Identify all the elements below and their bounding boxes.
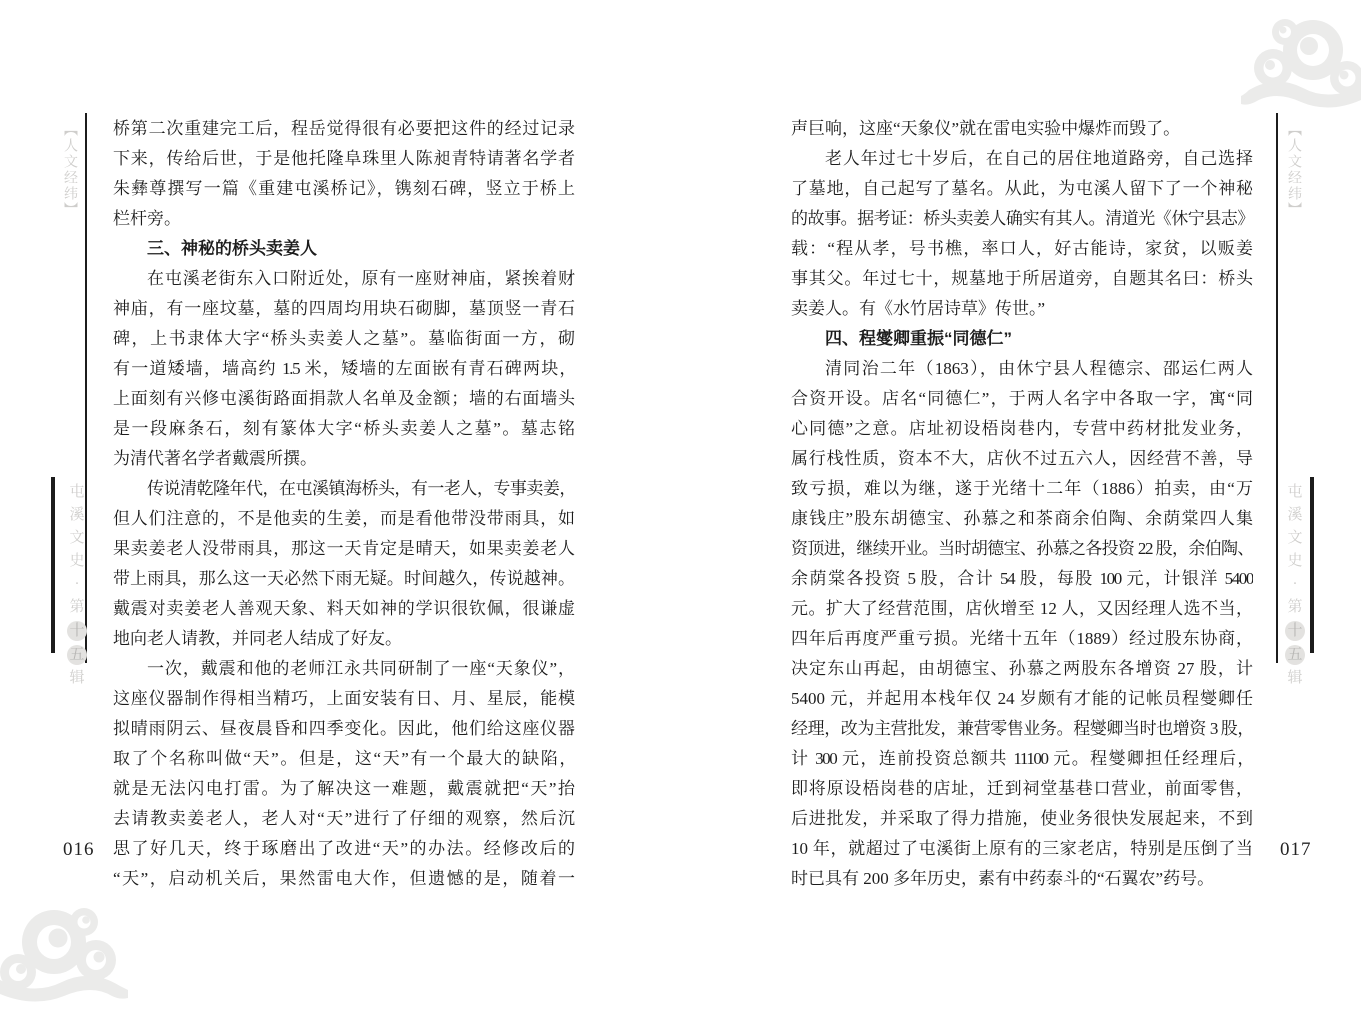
- text-line: 为清代著名学者戴震所撰。: [113, 444, 575, 474]
- text-line: 致亏损，难以为继，遂于光绪十二年（1886）拍卖，由“万: [791, 474, 1253, 504]
- volume-number-char: 五: [1285, 645, 1305, 665]
- section-label-vertical-right: 【人文经纬】: [1283, 122, 1303, 218]
- page-number-right: 017: [1280, 839, 1312, 861]
- auspicious-cloud-ornament-bottom-left: [0, 896, 146, 1016]
- text-line: 但人们注意的，不是他卖的生姜，而是看他带没带雨具，如: [113, 504, 575, 534]
- section-label-vertical-left: 【人文经纬】: [59, 122, 79, 218]
- text-line: 老人年过七十岁后，在自己的居住地道路旁，自己选择: [791, 144, 1253, 174]
- text-line: 后进批发，并采取了得力措施，使业务很快发展起来，不到: [791, 804, 1253, 834]
- text-line: 了墓地，自己起写了墓名。从此，为屯溪人留下了一个神秘: [791, 174, 1253, 204]
- series-title-vertical-right: 屯溪文史·第十五辑: [1284, 483, 1306, 688]
- left-margin-bar: [51, 477, 55, 653]
- series-title-char: 辑: [1285, 669, 1305, 688]
- book-spread: 【人文经纬】 屯溪文史·第十五辑 016 【人文经纬】 屯溪文史·第十五辑 01…: [0, 0, 1361, 1016]
- series-title-char: 溪: [67, 506, 87, 525]
- text-line: 决定东山再起，由胡德宝、孙慕之两股东各增资 27 股，计: [791, 654, 1253, 684]
- text-line: 元。扩大了经营范围，店伙增至 12 人，又因经理人选不当，: [791, 594, 1253, 624]
- text-column-right-page: 声巨响，这座“天象仪”就在雷电实验中爆炸而毁了。老人年过七十岁后，在自己的居住地…: [791, 114, 1253, 894]
- right-margin-rule: [1276, 113, 1278, 663]
- text-line: 四年后再度严重亏损。光绪十五年（1889）经过股东协商，: [791, 624, 1253, 654]
- text-column-left-page: 桥第二次重建完工后，程岳觉得很有必要把这件的经过记录下来，传给后世，于是他托隆阜…: [113, 114, 575, 894]
- text-line: 余荫棠各投资 5 股，合计 54 股，每股 100 元，计银洋 5400: [791, 564, 1253, 594]
- series-title-char: 第: [1285, 598, 1305, 617]
- text-line: 在屯溪老街东入口附近处，原有一座财神庙，紧挨着财: [113, 264, 575, 294]
- text-line: 10 年，就超过了屯溪街上原有的三家老店，特别是压倒了当: [791, 834, 1253, 864]
- text-line: 即将原设梧岗巷的店址，迁到祠堂基巷口营业，前面零售，: [791, 774, 1253, 804]
- series-title-char: 文: [67, 529, 87, 548]
- text-line: 地向老人请教，并同老人结成了好友。: [113, 624, 575, 654]
- section-heading: 四、程燮卿重振“同德仁”: [791, 324, 1253, 354]
- text-line: 合资开设。店名“同德仁”，于两人名字中各取一字，寓“同: [791, 384, 1253, 414]
- auspicious-cloud-ornament-top-right: [1221, 8, 1361, 120]
- text-line: 传说清乾隆年代，在屯溪镇海桥头，有一老人，专事卖姜，: [113, 474, 575, 504]
- text-line: 下来，传给后世，于是他托隆阜珠里人陈昶青特请著名学者: [113, 144, 575, 174]
- text-line: 神庙，有一座坟墓，墓的四周均用块石砌脚，墓顶竖一青石: [113, 294, 575, 324]
- volume-number-char: 十: [1285, 621, 1305, 641]
- series-title-char: 第: [67, 598, 87, 617]
- text-line: 载：“程从孝，号书樵，率口人，好古能诗，家贫，以贩姜: [791, 234, 1253, 264]
- volume-number-char: 五: [67, 645, 87, 665]
- text-line: 康钱庄”股东胡德宝、孙慕之和茶商余伯陶、余荫棠四人集: [791, 504, 1253, 534]
- text-line: 这座仪器制作得相当精巧，上面安装有日、月、星辰，能模: [113, 684, 575, 714]
- series-title-char: 溪: [1285, 506, 1305, 525]
- series-title-char: 史: [67, 552, 87, 571]
- text-line: 属行栈性质，资本不大，店伙不过五六人，因经营不善，导: [791, 444, 1253, 474]
- text-line: 取了个名称叫做“天”。但是，这“天”有一个最大的缺陷，: [113, 744, 575, 774]
- text-line: 时已具有 200 多年历史，素有中药泰斗的“石翼农”药号。: [791, 864, 1253, 894]
- text-line: 就是无法闪电打雷。为了解决这一难题，戴震就把“天”抬: [113, 774, 575, 804]
- text-line: 果卖姜老人没带雨具，那这一天肯定是晴天，如果卖姜老人: [113, 534, 575, 564]
- series-title-char: 辑: [67, 669, 87, 688]
- text-line: 拟晴雨阴云、昼夜晨昏和四季变化。因此，他们给这座仪器: [113, 714, 575, 744]
- text-line: 一次，戴震和他的老师江永共同研制了一座“天象仪”，: [113, 654, 575, 684]
- text-line: 声巨响，这座“天象仪”就在雷电实验中爆炸而毁了。: [791, 114, 1253, 144]
- text-line: 去请教卖姜老人，老人对“天”进行了仔细的观察，然后沉: [113, 804, 575, 834]
- series-title-char: 史: [1285, 552, 1305, 571]
- series-title-char: ·: [67, 575, 87, 594]
- text-line: 心同德”之意。店址初设梧岗巷内，专营中药材批发业务，: [791, 414, 1253, 444]
- text-line: 计 300 元，连前投资总额共 11100 元。程燮卿担任经理后，: [791, 744, 1253, 774]
- series-title-vertical-left: 屯溪文史·第十五辑: [66, 483, 88, 688]
- series-title-char: 屯: [67, 483, 87, 502]
- text-line: 桥第二次重建完工后，程岳觉得很有必要把这件的经过记录: [113, 114, 575, 144]
- right-margin-bar: [1310, 477, 1314, 653]
- text-line: 思了好几天，终于琢磨出了改进“天”的办法。经修改后的: [113, 834, 575, 864]
- text-line: “天”，启动机关后，果然雷电大作，但遗憾的是，随着一: [113, 864, 575, 894]
- text-line: 5400 元，并起用本栈年仅 24 岁颇有才能的记帐员程燮卿任: [791, 684, 1253, 714]
- series-title-char: ·: [1285, 575, 1305, 594]
- text-line: 朱彝尊撰写一篇《重建屯溪桥记》，镌刻石碑，竖立于桥上: [113, 174, 575, 204]
- page-number-left: 016: [63, 839, 95, 861]
- volume-number-char: 十: [67, 621, 87, 641]
- text-line: 有一道矮墙，墙高约 1.5 米，矮墙的左面嵌有青石碑两块，: [113, 354, 575, 384]
- text-line: 戴震对卖姜老人善观天象、料天如神的学识很钦佩，很谦虚: [113, 594, 575, 624]
- text-line: 的故事。据考证：桥头卖姜人确实有其人。清道光《休宁县志》: [791, 204, 1253, 234]
- series-title-char: 文: [1285, 529, 1305, 548]
- text-line: 上面刻有兴修屯溪街路面捐款人名单及金额；墙的右面墙头: [113, 384, 575, 414]
- text-line: 清同治二年（1863），由休宁县人程德宗、邵运仁两人: [791, 354, 1253, 384]
- series-title-char: 屯: [1285, 483, 1305, 502]
- text-line: 栏杆旁。: [113, 204, 575, 234]
- text-line: 碑，上书隶体大字“桥头卖姜人之墓”。墓临街面一方，砌: [113, 324, 575, 354]
- text-line: 经理，改为主营批发，兼营零售业务。程燮卿当时也增资 3 股，: [791, 714, 1253, 744]
- text-line: 资顶进，继续开业。当时胡德宝、孙慕之各投资 22 股，余伯陶、: [791, 534, 1253, 564]
- section-heading: 三、神秘的桥头卖姜人: [113, 234, 575, 264]
- text-line: 卖姜人。有《水竹居诗草》传世。”: [791, 294, 1253, 324]
- text-line: 事其父。年过七十，规墓地于所居道旁，自题其名曰：桥头: [791, 264, 1253, 294]
- text-line: 是一段麻条石，刻有篆体大字“桥头卖姜人之墓”。墓志铭: [113, 414, 575, 444]
- text-line: 带上雨具，那么这一天必然下雨无疑。时间越久，传说越神。: [113, 564, 575, 594]
